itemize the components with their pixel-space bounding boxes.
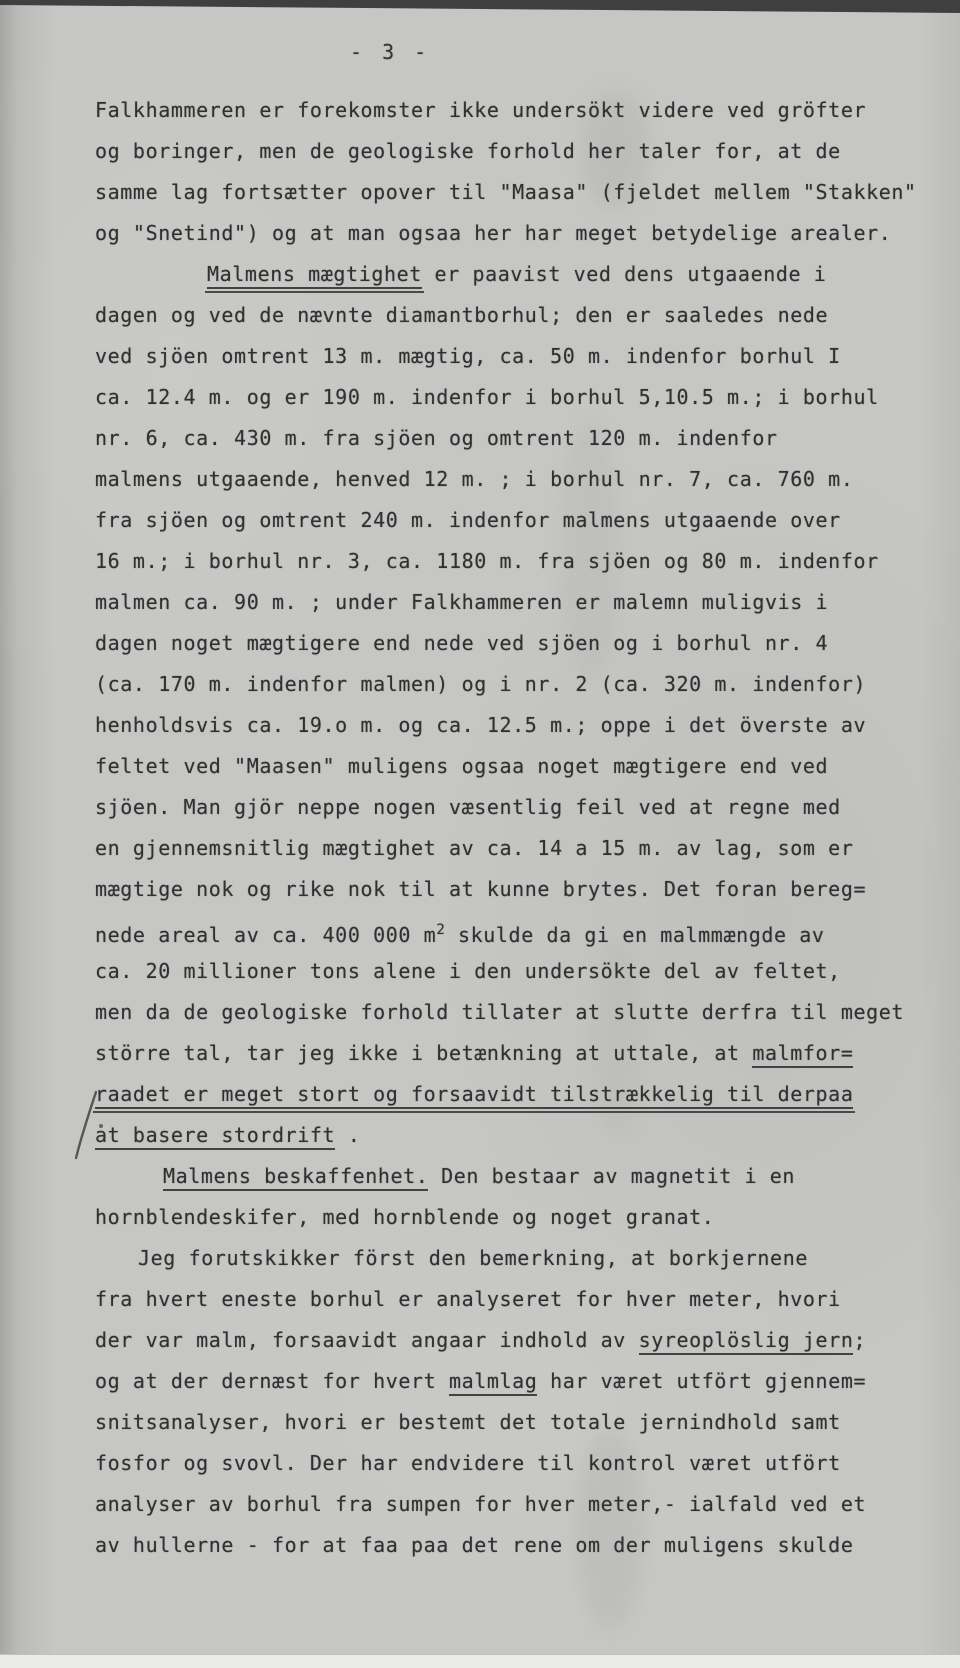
text-line: ca. 20 millioner tons alene i den unders…: [95, 951, 885, 992]
text-segment: har været utfört gjennem=: [537, 1369, 866, 1393]
text-segment: malmens utgaaende, henved 12 m. ; i borh…: [95, 467, 853, 491]
text-line: Jeg forutskikker först den bemerkning, a…: [95, 1238, 885, 1279]
text-segment: samme lag fortsætter opover til "Maasa" …: [95, 180, 917, 204]
text-segment: 16 m.; i borhul nr. 3, ca. 1180 m. fra s…: [95, 549, 879, 573]
underlined-text: at basere stordrift: [95, 1123, 335, 1150]
text-segment: ved sjöen omtrent 13 m. mægtig, ca. 50 m…: [95, 344, 841, 368]
text-segment: sjöen. Man gjör neppe nogen væsentlig fe…: [95, 795, 841, 819]
text-segment: hornblendeskifer, med hornblende og noge…: [95, 1205, 714, 1229]
text-segment: en gjennemsnitlig mægtighet av ca. 14 a …: [95, 836, 853, 860]
text-line: malmen ca. 90 m. ; under Falkhammeren er…: [95, 582, 885, 623]
text-line: at basere stordrift .: [95, 1115, 885, 1156]
text-segment: Jeg forutskikker först den bemerkning, a…: [138, 1246, 808, 1270]
text-segment: större tal, tar jeg ikke i betænkning at…: [95, 1041, 752, 1065]
text-line: en gjennemsnitlig mægtighet av ca. 14 a …: [95, 828, 885, 869]
text-line: mægtige nok og rike nok til at kunne bry…: [95, 869, 885, 910]
text-line: analyser av borhul fra sumpen for hver m…: [95, 1484, 885, 1525]
text-line: nr. 6, ca. 430 m. fra sjöen og omtrent 1…: [95, 418, 885, 459]
text-line: hornblendeskifer, med hornblende og noge…: [95, 1197, 885, 1238]
text-line: og "Snetind") og at man ogsaa her har me…: [95, 213, 885, 254]
text-segment: ca. 12.4 m. og er 190 m. indenfor i borh…: [95, 385, 879, 409]
text-line: nede areal av ca. 400 000 m2 skulde da g…: [95, 910, 885, 951]
text-line: dagen og ved de nævnte diamantborhul; de…: [95, 295, 885, 336]
text-segment: fra sjöen og omtrent 240 m. indenfor mal…: [95, 508, 841, 532]
text-segment: Falkhammeren er forekomster ikke undersö…: [95, 98, 866, 122]
text-line: sjöen. Man gjör neppe nogen væsentlig fe…: [95, 787, 885, 828]
text-segment: ;: [853, 1328, 866, 1352]
text-segment: feltet ved "Maasen" muligens ogsaa noget…: [95, 754, 828, 778]
text-segment: fra hvert eneste borhul er analyseret fo…: [95, 1287, 841, 1311]
text-segment: 2: [436, 910, 445, 951]
text-line: ved sjöen omtrent 13 m. mægtig, ca. 50 m…: [95, 336, 885, 377]
text-line: fra hvert eneste borhul er analyseret fo…: [95, 1279, 885, 1320]
underlined-text: malmfor=: [752, 1041, 853, 1068]
text-segment: snitsanalyser, hvori er bestemt det tota…: [95, 1410, 841, 1434]
text-line: malmens utgaaende, henved 12 m. ; i borh…: [95, 459, 885, 500]
text-segment: dagen og ved de nævnte diamantborhul; de…: [95, 303, 828, 327]
text-segment: mægtige nok og rike nok til at kunne bry…: [95, 877, 866, 901]
text-line: feltet ved "Maasen" muligens ogsaa noget…: [95, 746, 885, 787]
text-segment: analyser av borhul fra sumpen for hver m…: [95, 1492, 866, 1516]
text-line: og at der dernæst for hvert malmlag har …: [95, 1361, 885, 1402]
text-segment: er paavist ved dens utgaaende i: [422, 262, 827, 286]
text-segment: men da de geologiske forhold tillater at…: [95, 1000, 904, 1024]
text-segment: .: [335, 1123, 360, 1147]
text-line: Malmens beskaffenhet. Den bestaar av mag…: [95, 1156, 885, 1197]
text-line: henholdsvis ca. 19.o m. og ca. 12.5 m.; …: [95, 705, 885, 746]
text-line: fra sjöen og omtrent 240 m. indenfor mal…: [95, 500, 885, 541]
text-line: snitsanalyser, hvori er bestemt det tota…: [95, 1402, 885, 1443]
text-line: av hullerne - for at faa paa det rene om…: [95, 1525, 885, 1566]
text-line: raadet er meget stort og forsaavidt tils…: [95, 1074, 885, 1115]
document-lines: Falkhammeren er forekomster ikke undersö…: [95, 90, 885, 1566]
text-segment: Den bestaar av magnetit i en: [428, 1164, 795, 1188]
text-line: Falkhammeren er forekomster ikke undersö…: [95, 90, 885, 131]
text-segment: av hullerne - for at faa paa det rene om…: [95, 1533, 853, 1557]
text-segment: ca. 20 millioner tons alene i den unders…: [95, 959, 841, 983]
text-line: större tal, tar jeg ikke i betænkning at…: [95, 1033, 885, 1074]
text-segment: (ca. 170 m. indenfor malmen) og i nr. 2 …: [95, 672, 866, 696]
underlined-text: syreoplöslig jern: [639, 1328, 854, 1355]
underlined-text: malmlag: [449, 1369, 538, 1396]
scan-edge-bottom: [0, 1654, 960, 1668]
underlined-text: raadet er meget stort og forsaavidt tils…: [95, 1082, 853, 1109]
text-segment: nr. 6, ca. 430 m. fra sjöen og omtrent 1…: [95, 426, 778, 450]
underlined-text: Malmens beskaffenhet.: [163, 1164, 428, 1191]
text-segment: fosfor og svovl. Der har endvidere til k…: [95, 1451, 841, 1475]
text-segment: og "Snetind") og at man ogsaa her har me…: [95, 221, 891, 245]
text-line: Malmens mægtighet er paavist ved dens ut…: [95, 254, 885, 295]
text-line: der var malm, forsaavidt angaar indhold …: [95, 1320, 885, 1361]
text-segment: der var malm, forsaavidt angaar indhold …: [95, 1328, 639, 1352]
text-line: 16 m.; i borhul nr. 3, ca. 1180 m. fra s…: [95, 541, 885, 582]
text-line: og boringer, men de geologiske forhold h…: [95, 131, 885, 172]
text-line: samme lag fortsætter opover til "Maasa" …: [95, 172, 885, 213]
text-segment: henholdsvis ca. 19.o m. og ca. 12.5 m.; …: [95, 713, 866, 737]
page-number: - 3 -: [350, 40, 430, 64]
underlined-text: Malmens mægtighet: [207, 262, 422, 289]
text-line: men da de geologiske forhold tillater at…: [95, 992, 885, 1033]
text-segment: nede areal av ca. 400 000 m: [95, 923, 436, 947]
text-line: fosfor og svovl. Der har endvidere til k…: [95, 1443, 885, 1484]
text-segment: malmen ca. 90 m. ; under Falkhammeren er…: [95, 590, 828, 614]
text-segment: og at der dernæst for hvert: [95, 1369, 449, 1393]
text-segment: og boringer, men de geologiske forhold h…: [95, 139, 841, 163]
text-line: dagen noget mægtigere end nede ved sjöen…: [95, 623, 885, 664]
text-segment: skulde da gi en malmmængde av: [445, 923, 824, 947]
text-segment: dagen noget mægtigere end nede ved sjöen…: [95, 631, 828, 655]
text-line: (ca. 170 m. indenfor malmen) og i nr. 2 …: [95, 664, 885, 705]
text-line: ca. 12.4 m. og er 190 m. indenfor i borh…: [95, 377, 885, 418]
